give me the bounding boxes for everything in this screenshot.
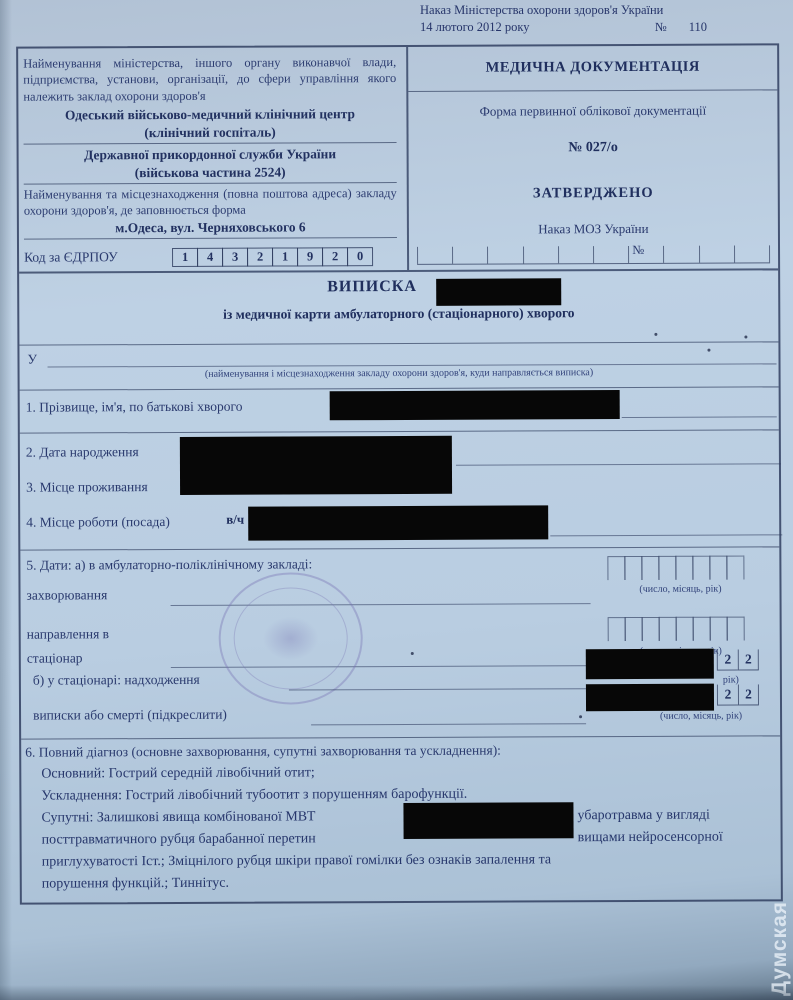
photo-bottom-edge (0, 985, 793, 1000)
date-cells-illness (608, 555, 744, 580)
diagnosis-line5: приглухуватості Іст.; Зміцнілого рубця ш… (42, 852, 551, 870)
form-027o: Найменування міністерства, іншого органу… (16, 43, 783, 904)
discharge-label: виписки або смерті (підкреслити) (33, 707, 227, 724)
form-caption: Форма первинної облікової документації (408, 102, 777, 120)
fill-line (622, 416, 777, 418)
round-stamp (218, 572, 363, 705)
divider (20, 546, 779, 550)
military-unit-prefix: в/ч (226, 512, 244, 528)
year-digit: 2 (738, 684, 759, 705)
issuer-caption: Найменування міністерства, іншого органу… (23, 54, 396, 104)
ink-speck (579, 715, 582, 718)
doc-type-box: МЕДИЧНА ДОКУМЕНТАЦІЯ Форма первинної обл… (408, 45, 778, 270)
divider (21, 735, 780, 739)
diagnosis-main: Основний: Гострий середній лівобічний от… (41, 765, 315, 782)
date-caption: (число, місяць, рік) (604, 583, 756, 595)
edrpou-digit: 2 (247, 247, 273, 266)
redaction-box (586, 649, 714, 680)
ink-speck (411, 652, 414, 655)
form-number: № 027/о (409, 139, 778, 157)
diagnosis-header-label: 6. Повний діагноз (основне захворювання,… (25, 743, 501, 761)
ink-speck (744, 335, 747, 338)
edrpou-label: Код за ЄДРПОУ (24, 249, 118, 265)
doc-type-title: МЕДИЧНА ДОКУМЕНТАЦІЯ (408, 58, 777, 77)
field-dates-label: 5. Дати: а) в амбулаторно-поліклінічному… (26, 556, 312, 573)
field-name-label: 1. Прізвище, ім'я, по батькові хворого (26, 399, 243, 416)
fill-line (289, 688, 586, 690)
issuer-address: м.Одеса, вул. Черняховського 6 (24, 218, 397, 240)
issuer-service: Державної прикордонної служби України (24, 145, 397, 165)
fill-line (311, 723, 586, 725)
form-body: ВИПИСКА із медичної карти амбулаторного … (19, 270, 781, 902)
diagnosis-line4-after: вищами нейросенсорної (578, 830, 723, 847)
diagnosis-line6: порушення функцій.; Тиннітус. (42, 876, 229, 893)
referral-label-line1: направлення в (27, 626, 109, 642)
edrpou-digit: 1 (172, 248, 198, 267)
extract-title: ВИПИСКА (327, 278, 417, 296)
field-birthdate-label: 2. Дата народження (26, 444, 139, 460)
admission-label: б) у стаціонарі: надходження (33, 672, 200, 689)
discharge-year-cells: 2 2 (717, 684, 759, 705)
document-photo: Наказ Міністерства охорони здоров'я Укра… (0, 0, 793, 1000)
field-residence-label: 3. Місце проживання (26, 479, 148, 496)
order-number-cells: № (417, 245, 770, 265)
divider (20, 429, 779, 433)
edrpou-row: Код за ЄДРПОУ 1 4 3 2 1 9 2 0 (24, 247, 397, 268)
fill-line (550, 534, 782, 536)
edrpou-digit: 4 (197, 247, 223, 266)
edrpou-code-cells: 1 4 3 2 1 9 2 0 (173, 247, 373, 267)
issuer-military-unit: (військова частина 2524) (24, 163, 397, 185)
approved-label: ЗАТВЕРДЖЕНО (409, 184, 778, 203)
issuer-org-name: Одеський військово-медичний клінічний це… (23, 105, 396, 125)
order-date: 14 лютого 2012 року (420, 20, 530, 35)
referral-label-line2: стаціонар (27, 650, 83, 666)
edrpou-digit: 3 (222, 247, 248, 266)
redaction-box (436, 278, 561, 306)
edrpou-digit: 0 (347, 247, 373, 266)
divider (19, 341, 778, 345)
order-number-value: 110 (689, 20, 707, 35)
fill-line (456, 463, 781, 465)
date-cells-referral (609, 616, 745, 641)
order-title: Наказ Міністерства охорони здоров'я Укра… (420, 3, 752, 18)
year-digit: 2 (738, 649, 759, 670)
redaction-box (180, 436, 452, 495)
diagnosis-concomitant-after: убаротравма у вигляді (577, 808, 709, 825)
order-number-label: № (655, 20, 667, 35)
issuer-address-caption: Найменування та місцезнаходження (повна … (24, 185, 397, 219)
addressee-caption: (найменування і місцезнаходження закладу… (20, 366, 779, 380)
year-digit: 2 (717, 685, 738, 706)
site-watermark: Думская (768, 901, 792, 996)
extract-subtitle: із медичної карти амбулаторного (стаціон… (19, 304, 778, 323)
edrpou-digit: 2 (322, 247, 348, 266)
admission-year-cells: 2 2 (717, 649, 759, 670)
divider (408, 89, 777, 92)
field-workplace-label: 4. Місце роботи (посада) (26, 514, 170, 531)
ink-speck (654, 333, 657, 336)
edrpou-digit: 9 (297, 247, 323, 266)
redaction-box (248, 505, 548, 540)
diagnosis-concomitant-before: Супутні: Залишкові явища комбінованої МВ… (41, 809, 315, 826)
edrpou-digit: 1 (272, 247, 298, 266)
redaction-box (586, 684, 714, 712)
ministry-order-note: Наказ Міністерства охорони здоров'я Укра… (420, 3, 752, 35)
form-header: Найменування міністерства, іншого органу… (18, 45, 778, 273)
illness-date-label: захворювання (26, 587, 107, 603)
redaction-box (330, 390, 620, 420)
issuer-org-type: (клінічний госпіталь) (23, 123, 396, 145)
diagnosis-complication: Ускладнення: Гострий лівобічний тубоотит… (41, 787, 467, 805)
date-caption: (число, місяць, рік) (621, 710, 781, 722)
issuer-box: Найменування міністерства, іншого органу… (18, 47, 409, 272)
redaction-box (403, 802, 573, 839)
ink-speck (707, 349, 710, 352)
year-digit: 2 (717, 650, 738, 671)
diagnosis-line4-before: посттравматичного рубця барабанної перет… (42, 831, 316, 848)
order-no-label: № (632, 243, 644, 258)
addressee-label: У (27, 352, 37, 368)
moz-order-line: Наказ МОЗ України (409, 220, 778, 238)
